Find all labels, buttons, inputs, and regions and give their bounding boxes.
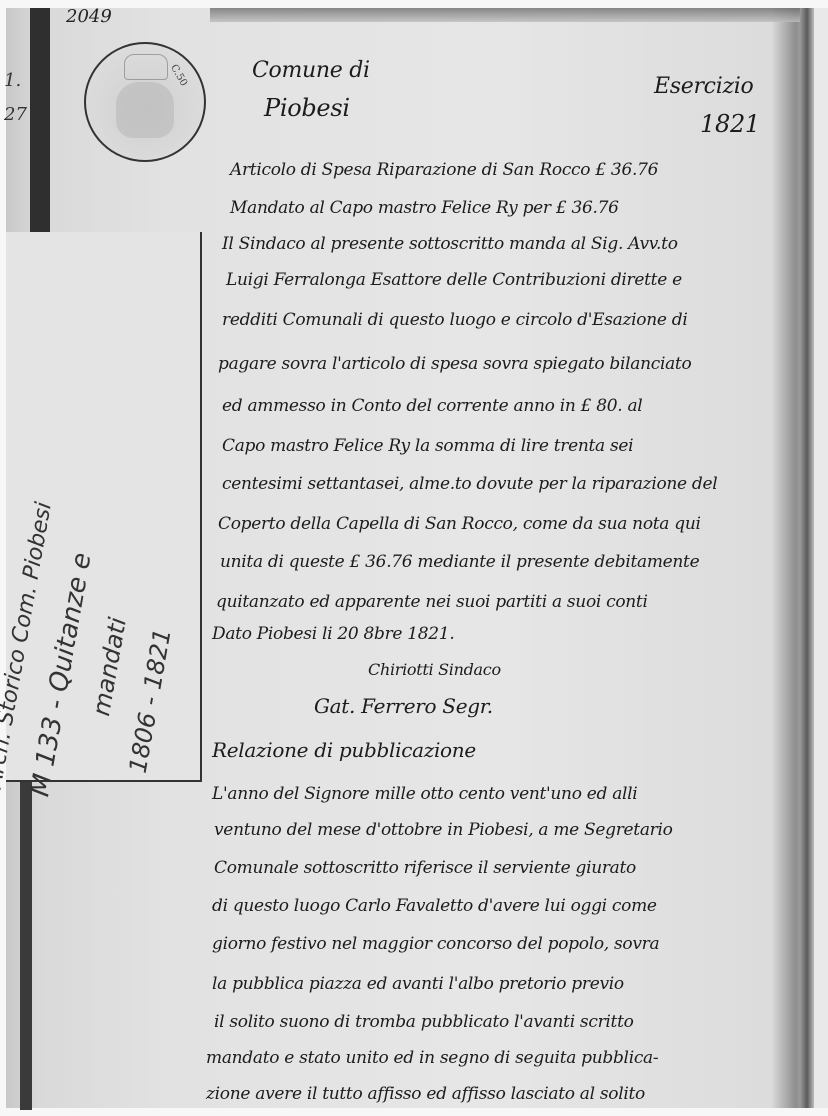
body-line-date: Dato Piobesi li 20 8bre 1821. [212, 624, 454, 644]
binding-strip-lower [20, 780, 32, 1110]
municipality-name: Piobesi [264, 94, 350, 122]
body-line-8: Capo mastro Felice Ry la somma di lire t… [222, 436, 633, 456]
body-line-12: quitanzato ed apparente nei suoi partiti… [216, 592, 648, 612]
body-line-1: Articolo di Spesa Riparazione di San Roc… [230, 160, 658, 180]
margin-note-2: 27 [4, 104, 27, 125]
secretary-signature: Gat. Ferrero Segr. [314, 694, 493, 718]
publication-line-8: mandato e stato unito ed in segno di seg… [206, 1048, 658, 1068]
body-line-11: unita di queste £ 36.76 mediante il pres… [220, 552, 699, 572]
coat-of-arms-icon [116, 82, 174, 138]
binding-strip [30, 8, 50, 248]
official-seal-stamp: C.50 [84, 42, 206, 162]
body-line-3: Il Sindaco al presente sottoscritto mand… [222, 234, 678, 254]
fiscal-year-label: Esercizio [654, 74, 753, 99]
publication-line-7: il solito suono di tromba pubblicato l'a… [214, 1012, 634, 1032]
publication-line-4: di questo luogo Carlo Favaletto d'avere … [212, 896, 657, 916]
adjacent-page-edge [814, 8, 828, 1108]
archival-label-card: Arch. Storico Com. Piobesi M 133 - Quita… [6, 232, 202, 782]
body-line-5: redditi Comunali di questo luogo e circo… [222, 310, 687, 330]
body-line-7: ed ammesso in Conto del corrente anno in… [222, 396, 642, 416]
publication-line-6: la pubblica piazza ed avanti l'albo pret… [212, 974, 624, 994]
publication-line-2: ventuno del mese d'ottobre in Piobesi, a… [214, 820, 673, 840]
fiscal-year: 1821 [700, 110, 760, 138]
stamp-denomination: C.50 [168, 63, 189, 89]
crown-icon [124, 54, 168, 80]
body-line-10: Coperto della Capella di San Rocco, come… [218, 514, 701, 534]
body-line-9: centesimi settantasei, alme.to dovute pe… [222, 474, 717, 494]
publication-line-1: L'anno del Signore mille otto cento vent… [212, 784, 637, 804]
mayor-signature: Chiriotti Sindaco [368, 660, 501, 679]
page-fold-right [800, 8, 814, 1108]
body-line-4: Luigi Ferralonga Esattore delle Contribu… [226, 270, 682, 290]
publication-title: Relazione di pubblicazione [212, 738, 476, 762]
publication-line-5: giorno festivo nel maggior concorso del … [212, 934, 659, 954]
margin-note-1: 1. [4, 70, 21, 91]
document-id-number: 2049 [66, 6, 112, 27]
publication-line-9: zione avere il tutto affisso ed affisso … [206, 1084, 645, 1104]
body-line-2: Mandato al Capo mastro Felice Ry per £ 3… [230, 198, 619, 218]
body-line-6: pagare sovra l'articolo di spesa sovra s… [218, 354, 691, 374]
page-top-shadow [210, 8, 800, 22]
publication-line-3: Comunale sottoscritto riferisce il servi… [214, 858, 636, 878]
municipality-label: Comune di [252, 58, 370, 83]
